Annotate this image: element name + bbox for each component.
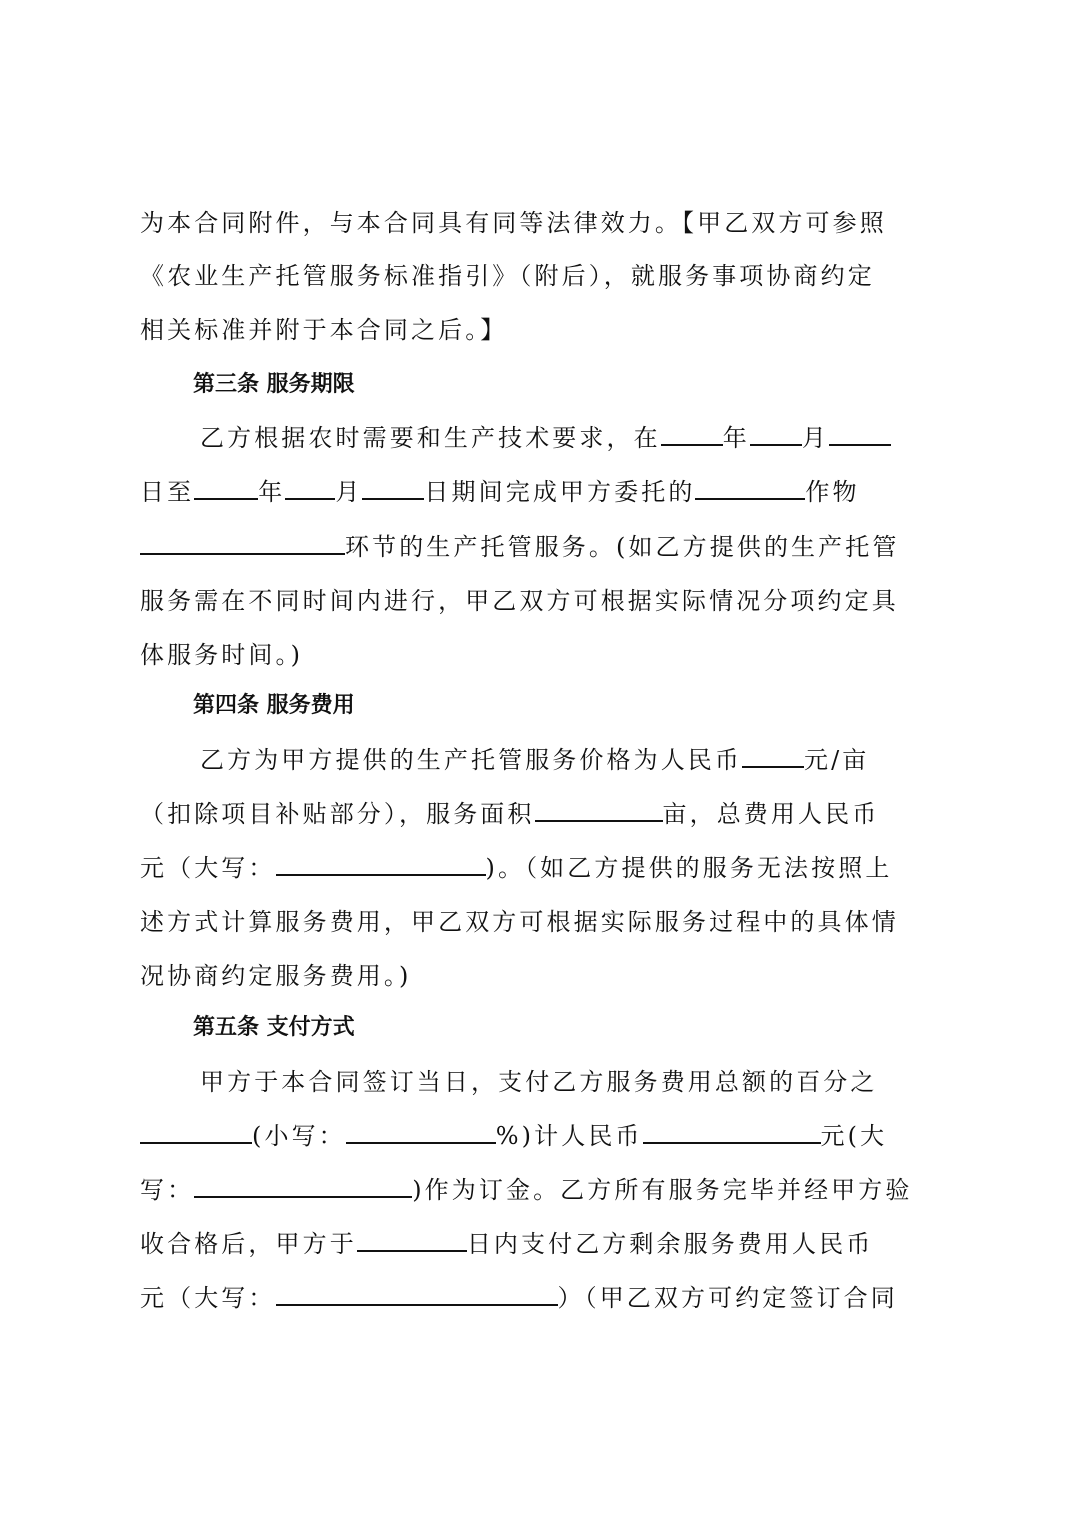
document-page: 为本合同附件，与本合同具有同等法律效力。【甲乙双方可参照 《农业生产托管服务标准… <box>0 0 1074 1520</box>
text-segment: 乙方根据农时需要和生产技术要求，在 <box>200 424 661 452</box>
paragraph-line: 元（大写：）（甲乙双方可约定签订合同 <box>140 1278 940 1318</box>
blank-start-month[interactable] <box>750 418 802 446</box>
blank-start-year[interactable] <box>661 418 723 446</box>
blank-percent-text[interactable] <box>140 1116 252 1144</box>
text-segment: 年 <box>723 424 750 452</box>
text-segment: 日内支付乙方剩余服务费用人民币 <box>467 1230 874 1258</box>
text-segment: 作物 <box>805 478 859 506</box>
text-segment: 元（大写： <box>140 1284 276 1312</box>
blank-price-per-mu[interactable] <box>742 740 804 768</box>
blank-end-month[interactable] <box>285 472 335 500</box>
text-segment: %)计人民币 <box>496 1122 643 1150</box>
article-5-heading: 第五条 支付方式 <box>193 1008 355 1048</box>
text-segment: 月 <box>802 424 829 452</box>
text-segment: （扣除项目补贴部分），服务面积 <box>140 800 535 828</box>
blank-percent-number[interactable] <box>346 1116 496 1144</box>
text-segment: 写： <box>140 1176 194 1204</box>
text-segment: )。（如乙方提供的服务无法按照上 <box>486 854 893 882</box>
blank-end-year[interactable] <box>194 472 258 500</box>
article-4-heading: 第四条 服务费用 <box>193 686 355 726</box>
paragraph-line: （扣除项目补贴部分），服务面积亩，总费用人民币 <box>140 794 940 834</box>
paragraph-line: 相关标准并附于本合同之后。】 <box>140 310 940 350</box>
blank-start-day[interactable] <box>829 418 891 446</box>
paragraph-line: 服务需在不同时间内进行，甲乙双方可根据实际情况分项约定具 <box>140 581 940 621</box>
paragraph-line: 乙方为甲方提供的生产托管服务价格为人民币元/亩 <box>200 740 940 780</box>
text-segment: 元/亩 <box>804 746 869 774</box>
paragraph-line: 乙方根据农时需要和生产技术要求，在年月 <box>200 418 940 458</box>
text-segment: 元（大写： <box>140 854 276 882</box>
paragraph-line: 《农业生产托管服务标准指引》（附后），就服务事项协商约定 <box>140 256 940 296</box>
paragraph-line: 环节的生产托管服务。(如乙方提供的生产托管 <box>140 527 940 567</box>
paragraph-line: 元（大写：)。（如乙方提供的服务无法按照上 <box>140 848 940 888</box>
paragraph-line: (小写：%)计人民币元(大 <box>140 1116 940 1156</box>
blank-service-area[interactable] <box>535 794 663 822</box>
paragraph-line: 体服务时间。) <box>140 635 940 675</box>
text-segment: 环节的生产托管服务。(如乙方提供的生产托管 <box>345 533 899 561</box>
paragraph-line: 甲方于本合同签订当日，支付乙方服务费用总额的百分之 <box>200 1062 940 1102</box>
text-segment: 月 <box>335 478 362 506</box>
blank-stage[interactable] <box>140 527 345 555</box>
blank-deposit-uppercase[interactable] <box>194 1170 412 1198</box>
paragraph-line: 为本合同附件，与本合同具有同等法律效力。【甲乙双方可参照 <box>140 203 940 243</box>
text-segment: 亩，总费用人民币 <box>663 800 880 828</box>
article-3-heading: 第三条 服务期限 <box>193 365 355 405</box>
paragraph-line: 写：)作为订金。乙方所有服务完毕并经甲方验 <box>140 1170 940 1210</box>
text-segment: 元(大 <box>821 1122 888 1150</box>
text-segment: 乙方为甲方提供的生产托管服务价格为人民币 <box>200 746 742 774</box>
text-segment: )作为订金。乙方所有服务完毕并经甲方验 <box>412 1176 912 1204</box>
text-segment: ）（甲乙双方可约定签订合同 <box>558 1284 898 1312</box>
paragraph-line: 述方式计算服务费用，甲乙双方可根据实际服务过程中的具体情 <box>140 902 940 942</box>
blank-deposit-amount[interactable] <box>643 1116 821 1144</box>
blank-remaining-uppercase[interactable] <box>276 1278 558 1306</box>
text-segment: (小写： <box>252 1122 346 1150</box>
text-segment: 年 <box>258 478 285 506</box>
blank-crop[interactable] <box>695 472 805 500</box>
text-segment: 日期间完成甲方委托的 <box>424 478 695 506</box>
blank-end-day[interactable] <box>362 472 424 500</box>
text-segment: 收合格后，甲方于 <box>140 1230 357 1258</box>
paragraph-line: 日至年月日期间完成甲方委托的作物 <box>140 472 940 512</box>
blank-payment-days[interactable] <box>357 1224 467 1252</box>
blank-total-uppercase[interactable] <box>276 848 486 876</box>
text-segment: 日至 <box>140 478 194 506</box>
paragraph-line: 况协商约定服务费用。) <box>140 956 940 996</box>
paragraph-line: 收合格后，甲方于日内支付乙方剩余服务费用人民币 <box>140 1224 940 1264</box>
